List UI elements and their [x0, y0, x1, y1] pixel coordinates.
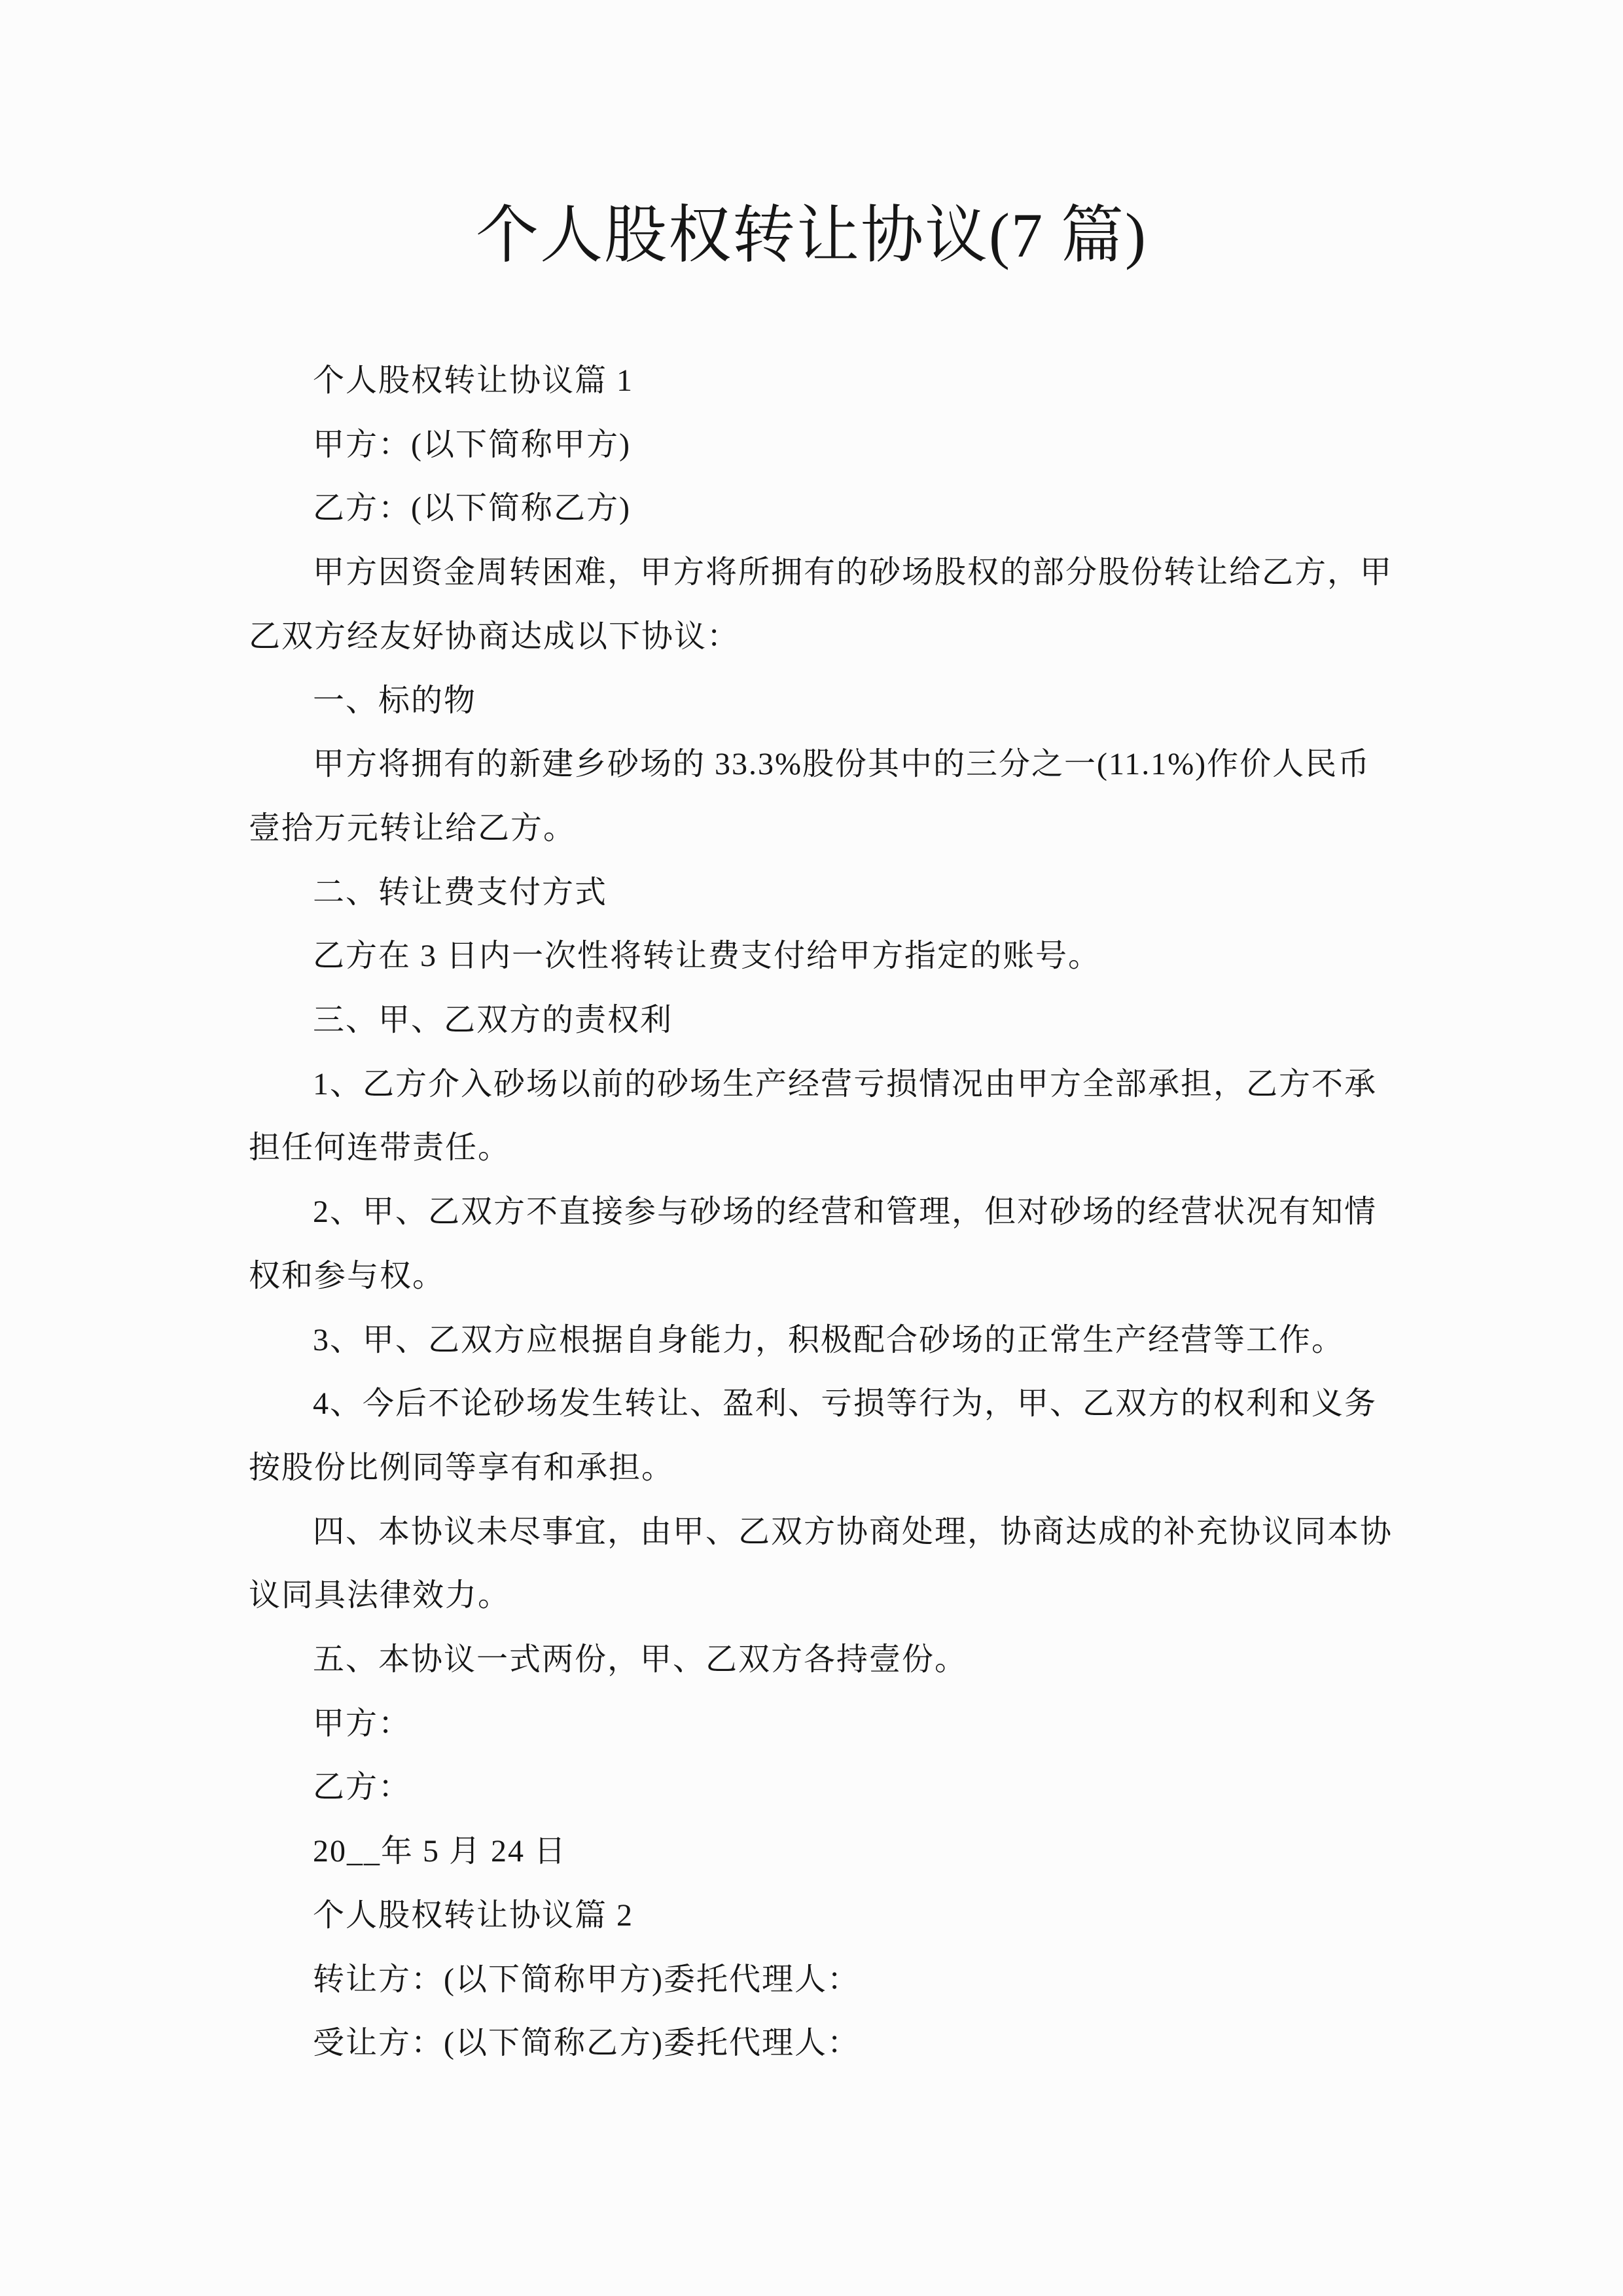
- document-title: 个人股权转让协议(7 篇): [0, 194, 1623, 278]
- text-line: 五、本协议一式两份，甲、乙双方各持壹份。: [249, 1628, 1374, 1692]
- text-line: 乙双方经友好协商达成以下协议：: [249, 605, 1374, 669]
- text-line: 议同具法律效力。: [249, 1564, 1374, 1628]
- text-line: 壹拾万元转让给乙方。: [249, 797, 1374, 861]
- text-line: 二、转让费支付方式: [249, 861, 1374, 925]
- text-line: 甲方：: [249, 1692, 1374, 1756]
- text-line: 2、甲、乙双方不直接参与砂场的经营和管理，但对砂场的经营状况有知情: [249, 1180, 1374, 1244]
- text-line: 转让方：(以下简称甲方)委托代理人：: [249, 1948, 1374, 2012]
- document-page: 个人股权转让协议(7 篇) 个人股权转让协议篇 1甲方：(以下简称甲方)乙方：(…: [0, 0, 1623, 2296]
- text-line: 担任何连带责任。: [249, 1116, 1374, 1180]
- text-line: 乙方：(以下简称乙方): [249, 476, 1374, 541]
- text-line: 权和参与权。: [249, 1244, 1374, 1308]
- text-line: 甲方因资金周转困难，甲方将所拥有的砂场股权的部分股份转让给乙方，甲: [249, 541, 1374, 605]
- text-line: 三、甲、乙双方的责权利: [249, 988, 1374, 1052]
- text-line: 个人股权转让协议篇 2: [249, 1884, 1374, 1948]
- text-line: 一、标的物: [249, 669, 1374, 733]
- text-line: 4、今后不论砂场发生转让、盈利、亏损等行为，甲、乙双方的权利和义务: [249, 1372, 1374, 1436]
- text-line: 乙方：: [249, 1755, 1374, 1820]
- text-line: 甲方：(以下简称甲方): [249, 413, 1374, 477]
- text-line: 1、乙方介入砂场以前的砂场生产经营亏损情况由甲方全部承担，乙方不承: [249, 1052, 1374, 1117]
- text-line: 个人股权转让协议篇 1: [249, 349, 1374, 413]
- text-line: 20__年 5 月 24 日: [249, 1820, 1374, 1884]
- text-line: 乙方在 3 日内一次性将转让费支付给甲方指定的账号。: [249, 924, 1374, 988]
- text-line: 甲方将拥有的新建乡砂场的 33.3%股份其中的三分之一(11.1%)作价人民币: [249, 732, 1374, 797]
- text-line: 四、本协议未尽事宜，由甲、乙双方协商处理，协商达成的补充协议同本协: [249, 1500, 1374, 1564]
- document-body: 个人股权转让协议篇 1甲方：(以下简称甲方)乙方：(以下简称乙方)甲方因资金周转…: [249, 349, 1374, 2075]
- text-line: 按股份比例同等享有和承担。: [249, 1436, 1374, 1500]
- text-line: 受让方：(以下简称乙方)委托代理人：: [249, 2011, 1374, 2075]
- text-line: 3、甲、乙双方应根据自身能力，积极配合砂场的正常生产经营等工作。: [249, 1308, 1374, 1372]
